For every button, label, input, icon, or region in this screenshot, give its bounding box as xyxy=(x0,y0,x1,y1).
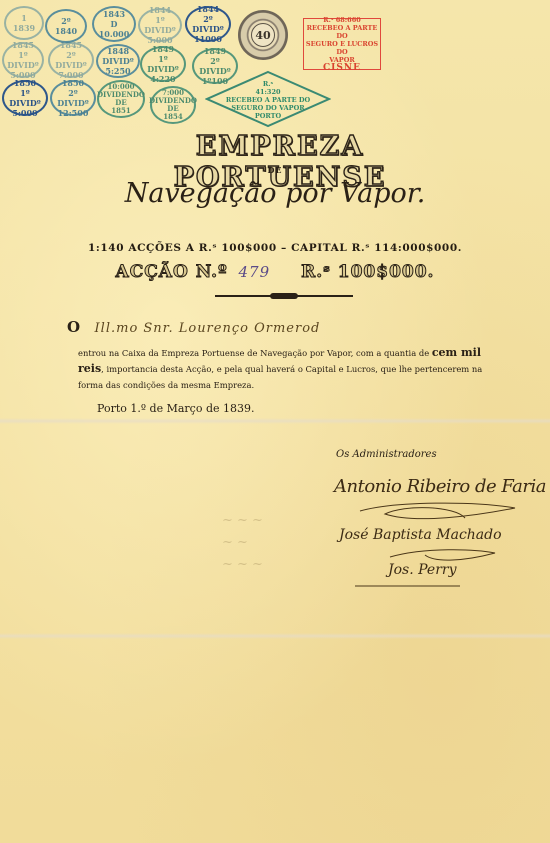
share-value-label: R.ˢ xyxy=(301,262,331,282)
embossed-coin-seal: 40 xyxy=(238,10,288,60)
stamp-line: 2º xyxy=(61,16,71,26)
signature: Antonio Ribeiro de Faria xyxy=(334,476,546,497)
stamp-line: 1º DIVIDº xyxy=(142,54,184,74)
date-line: Porto 1.º de Março de 1839. xyxy=(97,402,255,415)
dividend-stamp: 1845 1º DIVIDº 5:000 xyxy=(2,42,44,78)
paper-fold xyxy=(0,418,550,424)
body-text: , importancia desta Acção, e pela qual h… xyxy=(78,364,482,390)
stamp-line: 2º DIVIDº xyxy=(50,50,92,70)
stamp-line: 5:000 xyxy=(12,108,37,118)
signature-underline-icon xyxy=(350,580,470,592)
holder-name: Ill.mo Snr. Lourenço Ormerod xyxy=(95,321,321,336)
stamp-line: 1844 xyxy=(149,5,171,15)
stamp-line: 1845 xyxy=(12,40,34,50)
dividend-stamp: 2º 1840 xyxy=(45,9,87,43)
stamp-line: 12:500 xyxy=(58,108,89,118)
stamp-line: 2º DIVIDº xyxy=(52,88,94,108)
dividend-stamp: 1845 2º DIVIDº 7:000 xyxy=(48,42,94,78)
signature-flourish-icon xyxy=(355,496,525,526)
red-payment-stamp: R.ˢ 68:660 RECEBEO A PARTE DO SEGURO E L… xyxy=(303,18,381,70)
dividend-stamp: 1850 1º DIVIDº 5:000 xyxy=(2,80,48,116)
dividend-stamp: 7:000 DIVIDENDO DE 1854 xyxy=(150,86,196,124)
stamp-line: DIVIDº xyxy=(102,56,134,66)
stamp-line: 41:320 xyxy=(205,88,331,96)
dividend-stamp: 1849 1º DIVIDº 4:220 xyxy=(140,46,186,82)
dividend-stamp: 1843 D 10.000 xyxy=(92,6,136,42)
stamp-line: SEGURO DO VAPOR xyxy=(205,104,331,112)
stamp-line: RECEBEO A PARTE DO xyxy=(205,96,331,104)
stamp-line: 1843 xyxy=(103,9,125,19)
stamp-line: 1850 xyxy=(14,78,36,88)
title-connector: DE xyxy=(0,165,550,175)
stamp-line: SEGURO E LUCROS DO xyxy=(304,40,380,56)
dividend-stamp: 1848 DIVIDº 5:250 xyxy=(96,44,140,78)
administrators-label: Os Administradores xyxy=(336,449,437,460)
stamp-line: 2º DIVIDº xyxy=(187,14,229,34)
share-label: ACÇÃO N.º xyxy=(116,262,228,282)
stamp-line: 1º DIVIDº xyxy=(4,50,42,70)
signature: Jos. Perry xyxy=(388,562,457,578)
stamp-line: 1851 xyxy=(111,107,130,115)
stamp-line: R.ˢ 68:660 xyxy=(304,16,380,24)
coin-value: 40 xyxy=(251,23,275,47)
stamp-line: D xyxy=(111,19,118,29)
stamp-line: 1848 xyxy=(107,46,129,56)
share-number-line: ACÇÃO N.º 479 R.ˢ 100$000. xyxy=(0,262,550,282)
holder-line: O Ill.mo Snr. Lourenço Ormerod xyxy=(67,318,320,336)
stamp-line: 1854 xyxy=(163,113,182,121)
stamp-line: 1º DIVIDº xyxy=(140,15,180,35)
stamp-line: 10.000 xyxy=(99,29,130,39)
dividend-stamp: 1 1839 xyxy=(4,6,44,40)
stamp-line: 1 xyxy=(21,13,27,23)
stamp-line: 11000 xyxy=(194,34,222,44)
stamp-line: 1850 xyxy=(62,78,84,88)
stamp-line: 1844 xyxy=(197,4,219,14)
holder-prefix: O xyxy=(67,318,80,336)
certificate-body: entrou na Caixa da Empreza Portuense de … xyxy=(78,345,498,393)
share-certificate: 1 1839 2º 1840 1843 D 10.000 1844 1º DIV… xyxy=(0,0,550,843)
stamp-line: 1849 xyxy=(152,44,174,54)
dividend-stamp: 10:000 DIVIDENDO DE 1851 xyxy=(97,80,145,118)
dividend-stamp: 1844 1º DIVIDº 5:000 xyxy=(138,8,182,42)
signature: José Baptista Machado xyxy=(339,527,502,543)
stamp-line: 1849 xyxy=(204,46,226,56)
share-value: 100$000. xyxy=(338,262,435,282)
stamp-line: 4:220 xyxy=(150,74,175,84)
stamp-line: PORTO xyxy=(205,112,331,120)
share-number: 479 xyxy=(239,263,271,281)
body-text: entrou na Caixa da Empreza Portuense de … xyxy=(78,348,429,358)
shares-capital-line: 1:140 ACÇÕES A R.ˢ 100$000 – CAPITAL R.ˢ… xyxy=(0,242,550,254)
dividend-stamp: 1850 2º DIVIDº 12:500 xyxy=(50,80,96,116)
stamp-line: 1839 xyxy=(13,23,35,33)
stamp-line: 1º DIVIDº xyxy=(4,88,46,108)
stamp-line: R.ˢ xyxy=(205,80,331,88)
stamp-line: 5:250 xyxy=(105,66,130,76)
company-subtitle: Navegação por Vapor. xyxy=(0,178,550,209)
stamp-line: 1840 xyxy=(55,26,77,36)
dividend-stamp: 1844 2º DIVIDº 11000 xyxy=(185,6,231,42)
stamp-line: 1845 xyxy=(60,40,82,50)
paper-fold xyxy=(0,633,550,639)
bleed-through-writing: ~ ~ ~~ ~~ ~ ~ xyxy=(222,510,263,576)
diamond-payment-stamp: R.ˢ 41:320 RECEBEO A PARTE DO SEGURO DO … xyxy=(205,70,331,128)
stamp-line: RECEBEO A PARTE DO xyxy=(304,24,380,40)
ornamental-rule xyxy=(215,295,353,297)
